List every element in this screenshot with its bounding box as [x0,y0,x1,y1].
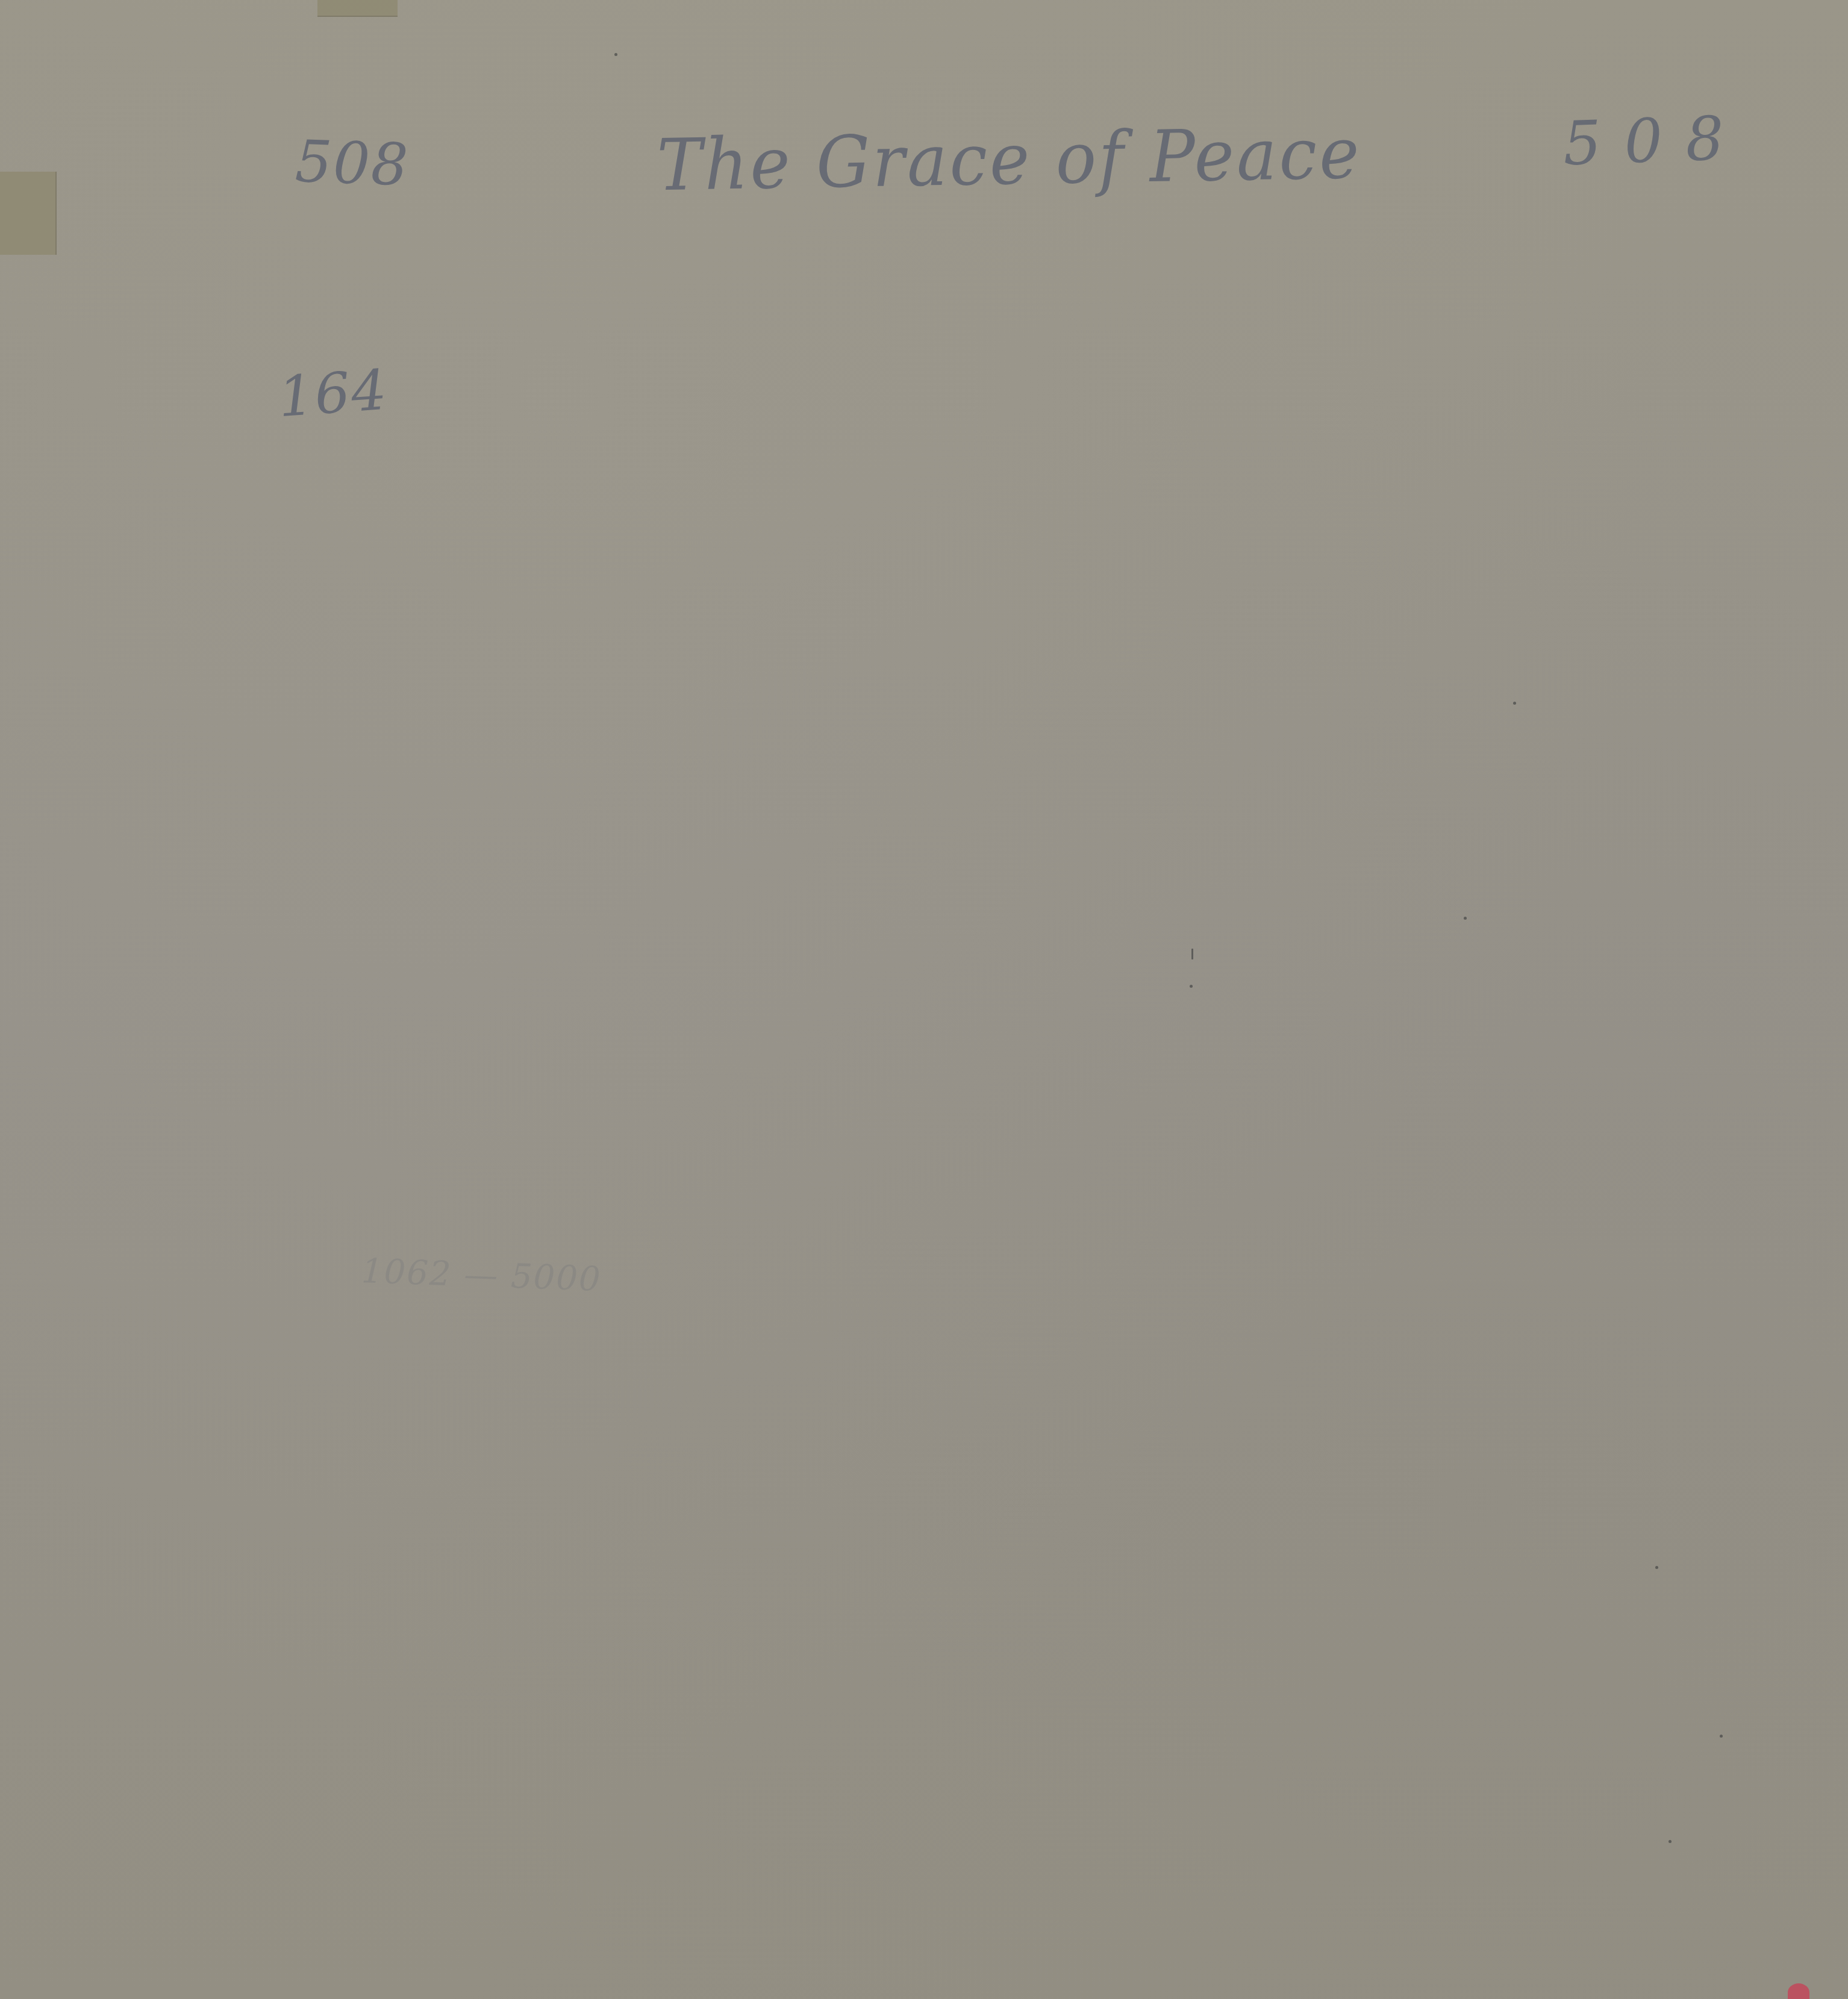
paper-mark [1191,949,1193,959]
catalog-number-right: 508 [1562,102,1748,179]
paper-speck [1190,985,1193,988]
paper-speck [1669,1840,1672,1843]
red-stamp-fragment [1788,1983,1809,1999]
paper-speck [1720,1735,1723,1738]
mounting-tape-left [0,172,57,255]
catalog-number-left: 508 [294,128,410,199]
handwritten-title: The Grace of Peace [657,111,1363,207]
paper-background [0,0,1848,1999]
faint-erased-note: 1062 — 5000 [361,1252,602,1299]
mounting-tape-top [317,0,398,17]
paper-speck [614,53,617,56]
paper-speck [1655,1566,1658,1569]
paper-speck [1464,917,1467,920]
page-number: 164 [276,358,390,429]
paper-speck [1513,702,1516,705]
